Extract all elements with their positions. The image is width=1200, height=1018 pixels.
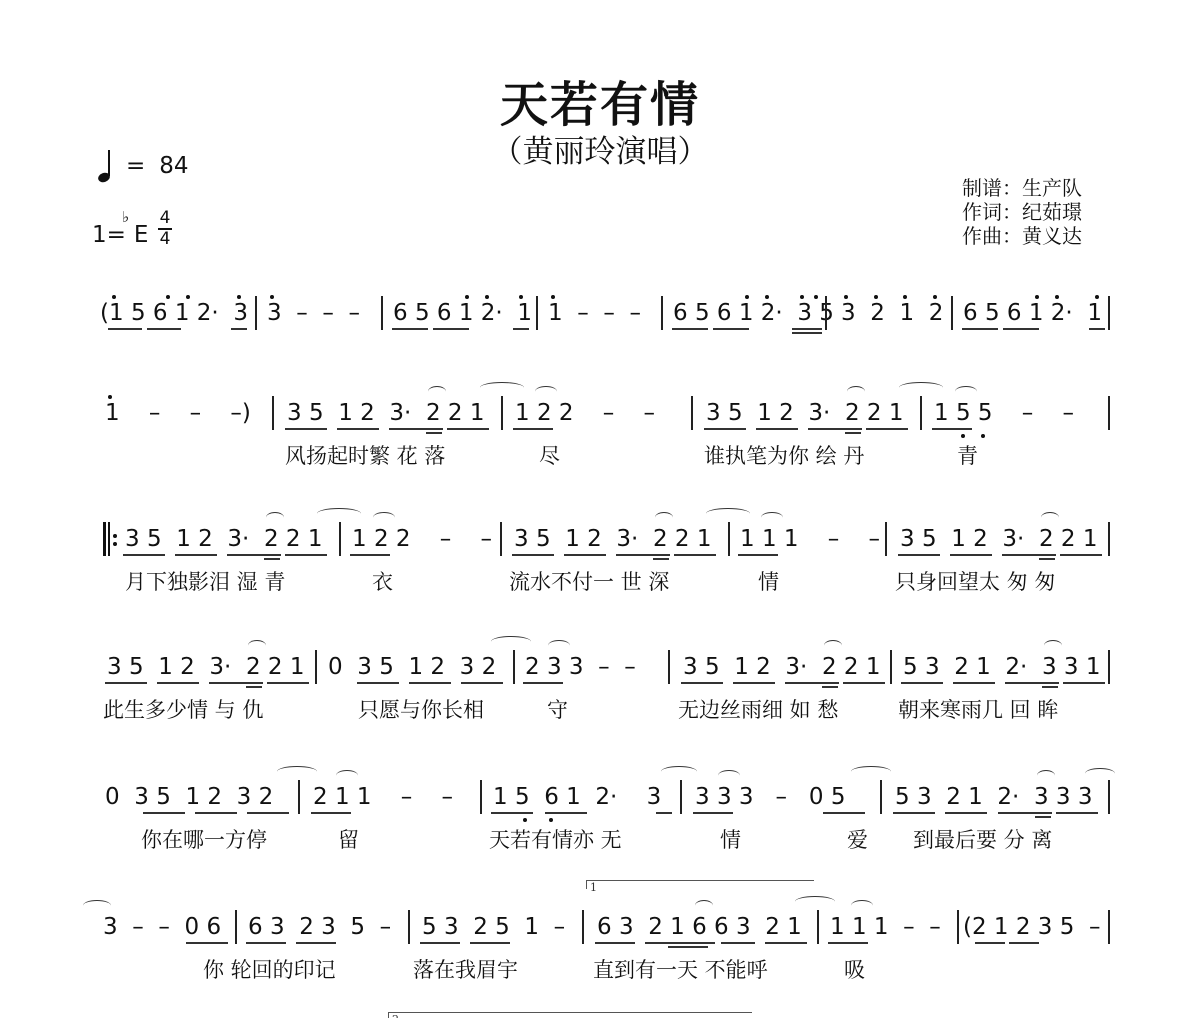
key-note: E xyxy=(134,222,149,248)
quarter-note-icon xyxy=(98,150,112,182)
notes-row: 3 5 1 2 3· 2 2 1 1 2 2 – – 3 5 1 2 3· 2 … xyxy=(95,518,1115,558)
tempo-bpm: 84 xyxy=(159,153,188,179)
volta-bracket-1: 1 xyxy=(586,880,814,889)
notes-row: 3 – – 0 6 6 3 2 3 5 – 5 3 2 5 1 – 6 3 2 … xyxy=(95,906,1115,946)
lyrics-row: 你 轮回的印记 落在我眉宇 直到有一天 不能呼 吸 xyxy=(95,954,1115,984)
key-signature: 1=♭E 4 4 xyxy=(92,222,148,248)
tempo-equals: = xyxy=(126,153,145,179)
credit-arranger: 制谱：生产队 xyxy=(962,176,1082,200)
song-title: 天若有情 xyxy=(0,66,1200,135)
credit-lyricist: 作词：纪茹璟 xyxy=(962,200,1082,224)
lyrics-row: 你在哪一方停 留 天若有情亦 无 情 爱 到最后要 分 离 xyxy=(95,824,1115,854)
credit-composer: 作曲：黄义达 xyxy=(962,224,1082,248)
credits: 制谱：生产队 作词：纪茹璟 作曲：黄义达 xyxy=(962,176,1082,248)
volta-bracket-2: 2 xyxy=(388,1012,752,1018)
tempo-marking: = 84 xyxy=(98,150,189,182)
time-signature: 4 4 xyxy=(158,210,172,248)
notes-row: 3 5 1 2 3· 2 2 1 0 3 5 1 2 3 2 2 3 3 – –… xyxy=(95,646,1115,686)
lyrics-row: 月下独影泪 湿 青 衣 流水不付一 世 深 情 只身回望太 匆 匆 xyxy=(95,566,1115,596)
notes-row: 0 3 5 1 2 3 2 2 1 1 – – 1 5 6 1 2· 3 3 3… xyxy=(95,776,1115,816)
flat-icon: ♭ xyxy=(122,208,129,226)
notes-row: 1 – – –) 3 5 1 2 3· 2 2 1 1 2 2 – – 3 5 … xyxy=(95,392,1115,432)
key-label: 1= xyxy=(92,222,126,248)
notes-row: ( 1 5 6 1 2· 3 3 – – – 6 5 6 1 2· 1 1 – … xyxy=(95,292,1115,332)
lyrics-row: 风扬起时繁 花 落 尽 谁执笔为你 绘 丹 青 xyxy=(95,440,1115,470)
lyrics-row: 此生多少情 与 仇 只愿与你长相 守 无边丝雨细 如 愁 朝来寒雨几 回 眸 xyxy=(95,694,1115,724)
